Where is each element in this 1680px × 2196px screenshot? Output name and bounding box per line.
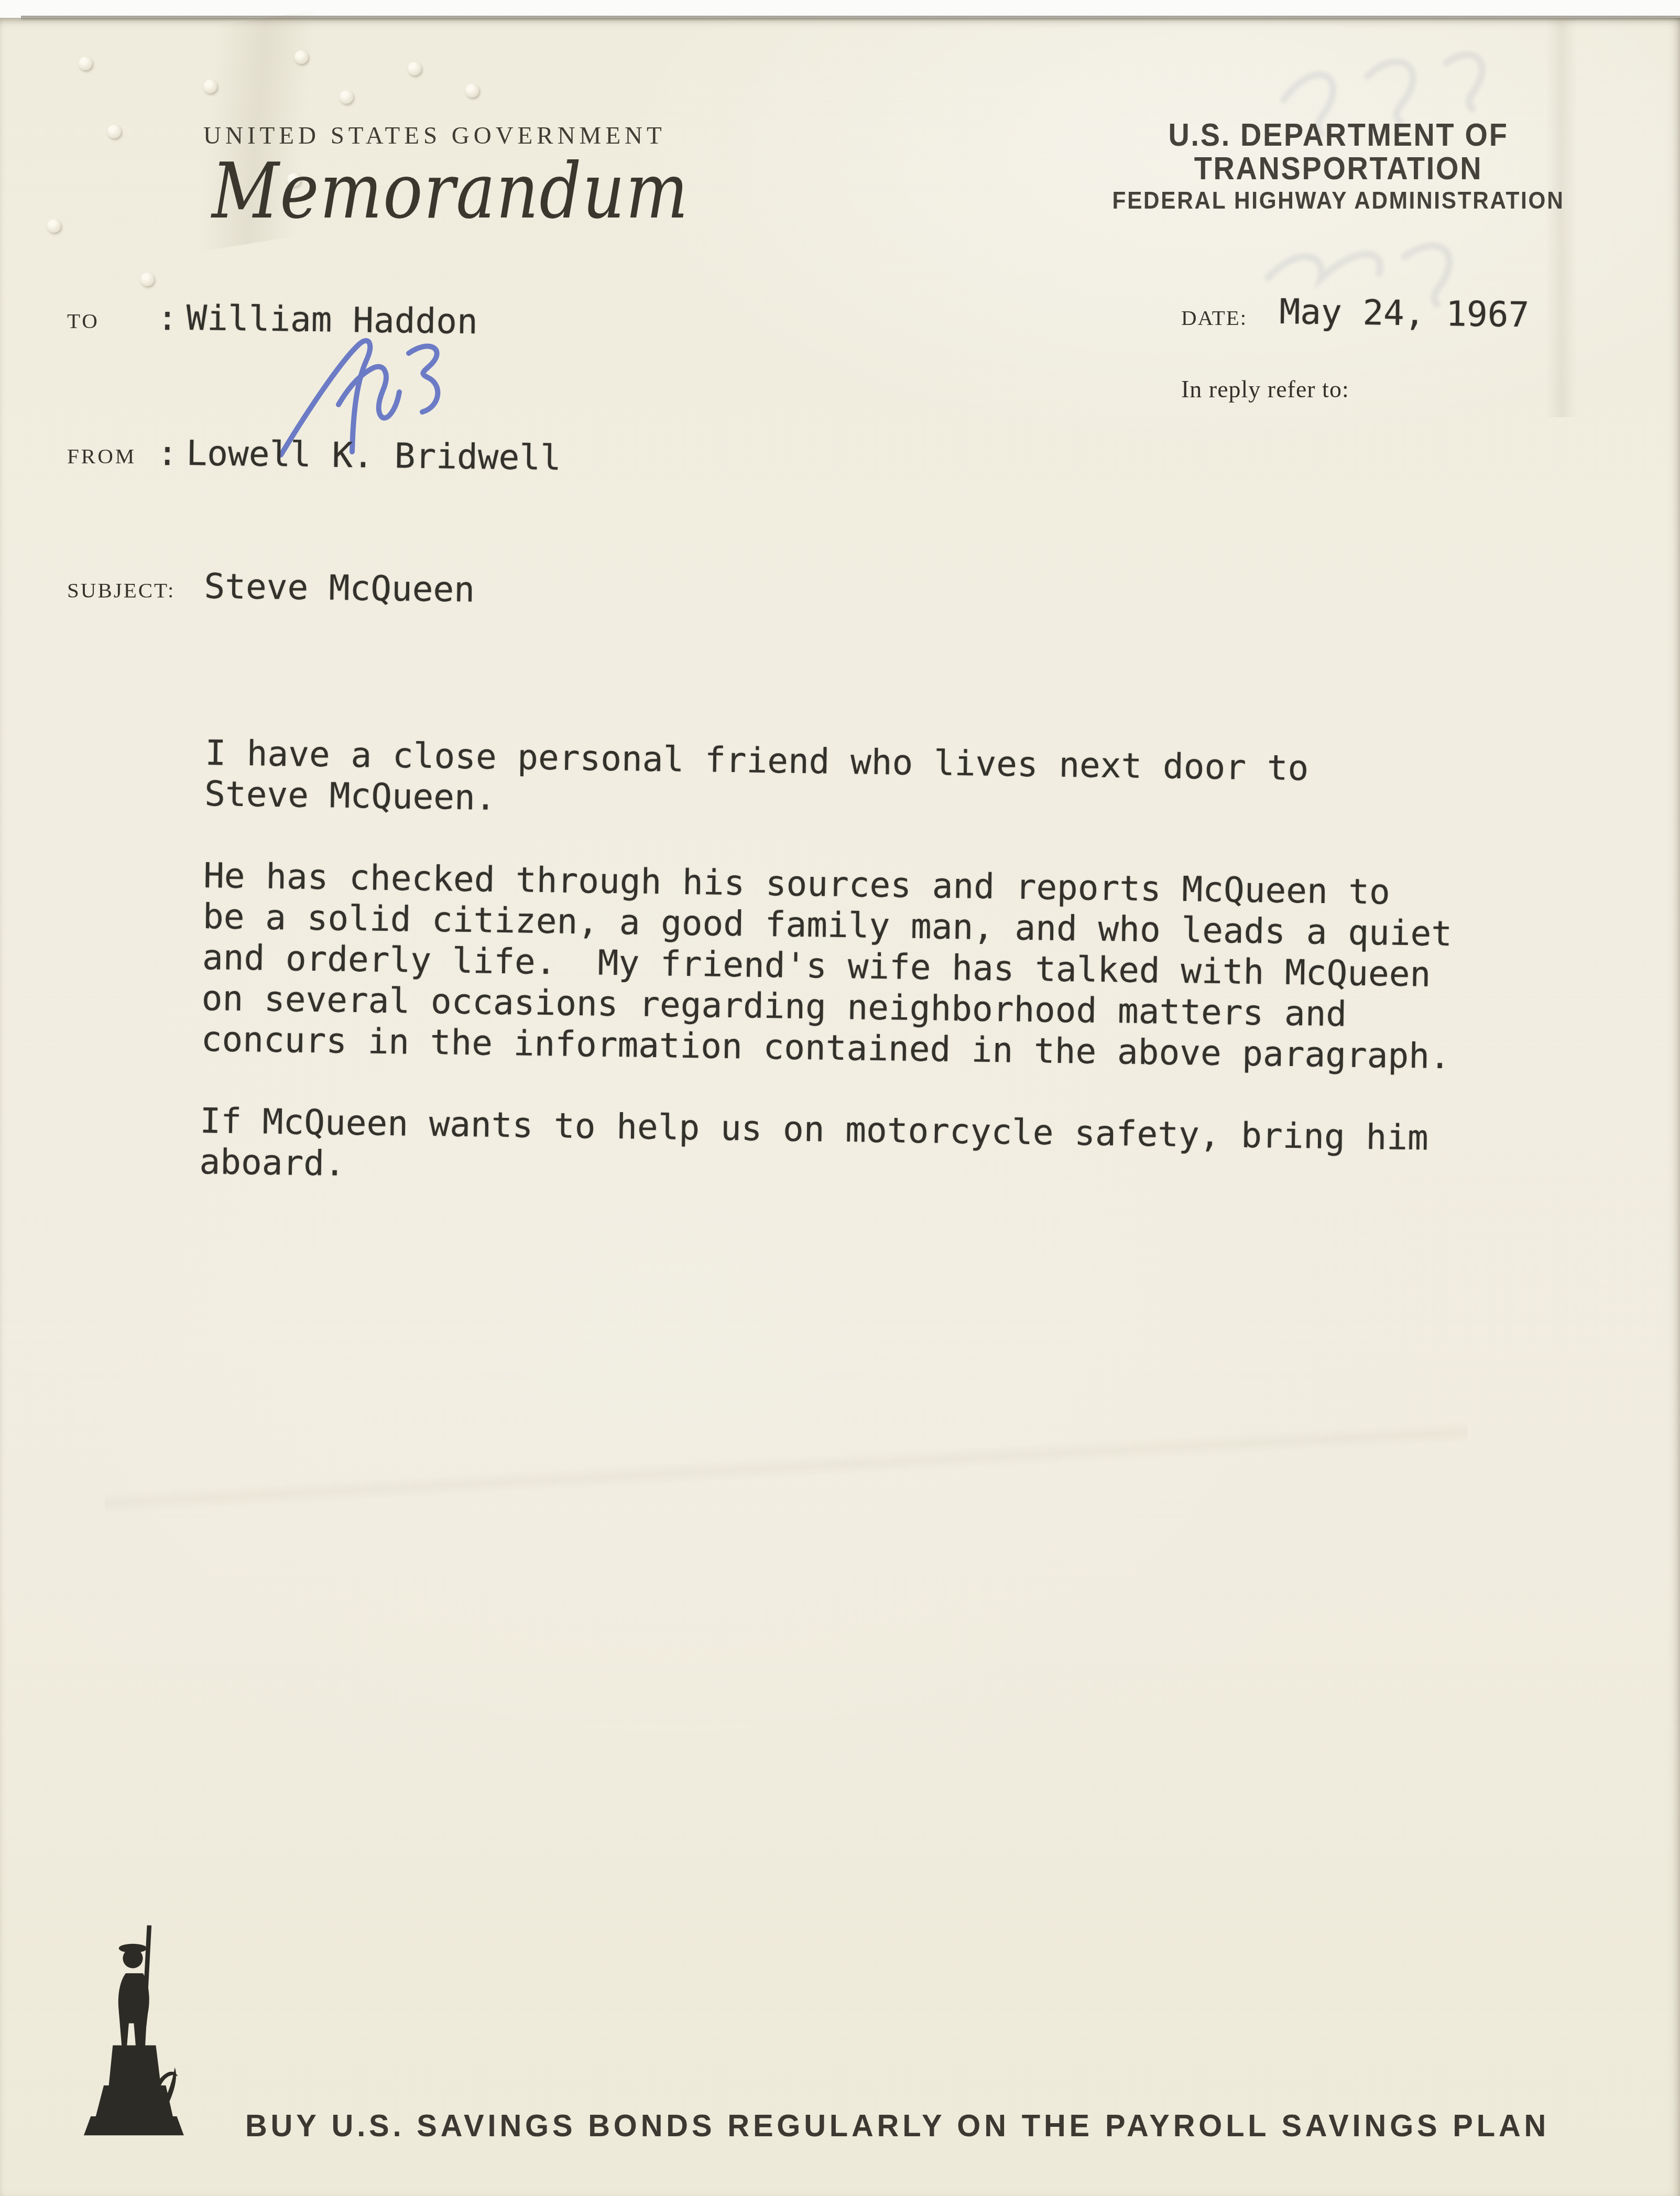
paragraph: He has checked through his sources and r… — [201, 855, 1453, 1077]
subject-label: SUBJECT: — [67, 578, 176, 603]
memo-document-scan: UNITED STATES GOVERNMENT Memorandum U.S.… — [0, 0, 1680, 2196]
paper-crease — [105, 1415, 1467, 1520]
department-name: U.S. DEPARTMENT OF TRANSPORTATION — [1053, 118, 1623, 186]
from-value: Lowell K. Bridwell — [186, 433, 561, 478]
to-label: TO — [67, 308, 100, 333]
administration-name: FEDERAL HIGHWAY ADMINISTRATION — [1053, 186, 1623, 215]
paragraph: I have a close personal friend who lives… — [204, 733, 1455, 832]
agency-line: UNITED STATES GOVERNMENT — [203, 122, 666, 150]
savings-bond-slogan: BUY U.S. SAVINGS BONDS REGULARLY ON THE … — [245, 2108, 1550, 2144]
reply-refer-label: In reply refer to: — [1181, 375, 1349, 403]
paragraph: If McQueen wants to help us on motorcycl… — [199, 1101, 1449, 1200]
from-separator: : — [157, 433, 178, 474]
to-separator: : — [157, 298, 178, 339]
minuteman-statue-logo — [78, 1919, 198, 2139]
memo-form-title: Memorandum — [212, 147, 689, 236]
department-block: U.S. DEPARTMENT OF TRANSPORTATION FEDERA… — [1053, 118, 1623, 215]
memo-body: I have a close personal friend who lives… — [199, 733, 1455, 1241]
subject-value: Steve McQueen — [204, 566, 475, 610]
date-value: May 24, 1967 — [1279, 291, 1530, 335]
date-label: DATE: — [1181, 305, 1247, 330]
from-label: FROM — [67, 443, 136, 469]
